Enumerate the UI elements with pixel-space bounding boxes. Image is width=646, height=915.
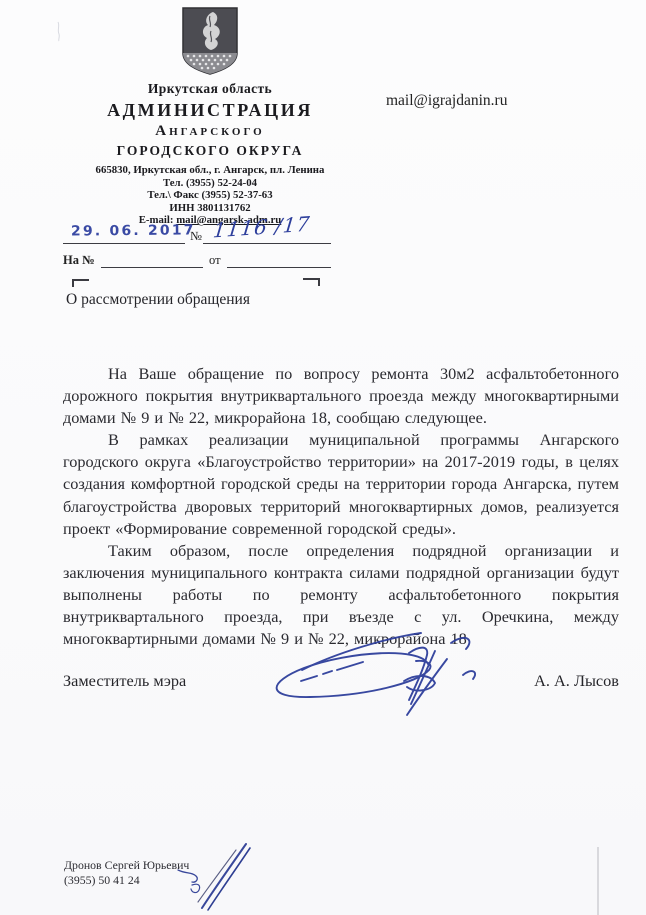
coat-of-arms-icon: [180, 6, 240, 76]
signer-position: Заместитель мэра: [63, 671, 186, 691]
scanned-letter-page: Иркутская область АДМИНИСТРАЦИЯ Ангарско…: [0, 0, 646, 915]
letterhead-org-name: АДМИНИСТРАЦИЯ: [40, 100, 380, 121]
subject-line: О рассмотрении обращения: [66, 291, 250, 309]
executor-paraph-icon: [170, 830, 260, 915]
body-paragraph: На Ваше обращение по вопросу ремонта 30м…: [63, 363, 619, 429]
date-stamp: 29. 06. 2017: [71, 222, 196, 239]
letterhead-inn: ИНН 3801131762: [40, 202, 380, 215]
letterhead-address: 665830, Иркутская обл., г. Ангарск, пл. …: [40, 164, 380, 177]
letterhead-fax: Тел.\ Факс (3955) 52-37-63: [40, 189, 380, 202]
address-zone-corner-right: [303, 278, 320, 286]
letterhead-contacts: 665830, Иркутская обл., г. Ангарск, пл. …: [40, 164, 380, 227]
reply-number-underline: [101, 267, 203, 268]
letterhead-phone: Тел. (3955) 52-24-04: [40, 177, 380, 190]
reply-date-underline: [227, 267, 331, 268]
scan-artifact-line: [597, 847, 599, 915]
reference-block: 29. 06. 2017 № 1116 /17 На № от: [63, 222, 363, 278]
letterhead-region: Иркутская область: [40, 81, 380, 97]
number-sign-label: №: [190, 229, 202, 244]
recipient-email: mail@igrajdanin.ru: [386, 92, 507, 110]
date-underline: [63, 243, 185, 244]
letterhead-org-sub2: ГОРОДСКОГО ОКРУГА: [40, 143, 380, 159]
address-zone-corner-left: [72, 279, 89, 287]
number-underline: [203, 243, 331, 244]
letter-body: На Ваше обращение по вопросу ремонта 30м…: [63, 363, 619, 650]
letterhead: Иркутская область АДМИНИСТРАЦИЯ Ангарско…: [40, 6, 380, 227]
reply-number-label: На №: [63, 253, 95, 268]
body-paragraph: В рамках реализации муниципальной програ…: [63, 429, 619, 539]
handwritten-signature-icon: [258, 623, 490, 719]
letterhead-org-sub1: Ангарского: [40, 123, 380, 140]
signer-name: А. А. Лысов: [534, 671, 619, 691]
reply-date-label: от: [209, 253, 221, 268]
